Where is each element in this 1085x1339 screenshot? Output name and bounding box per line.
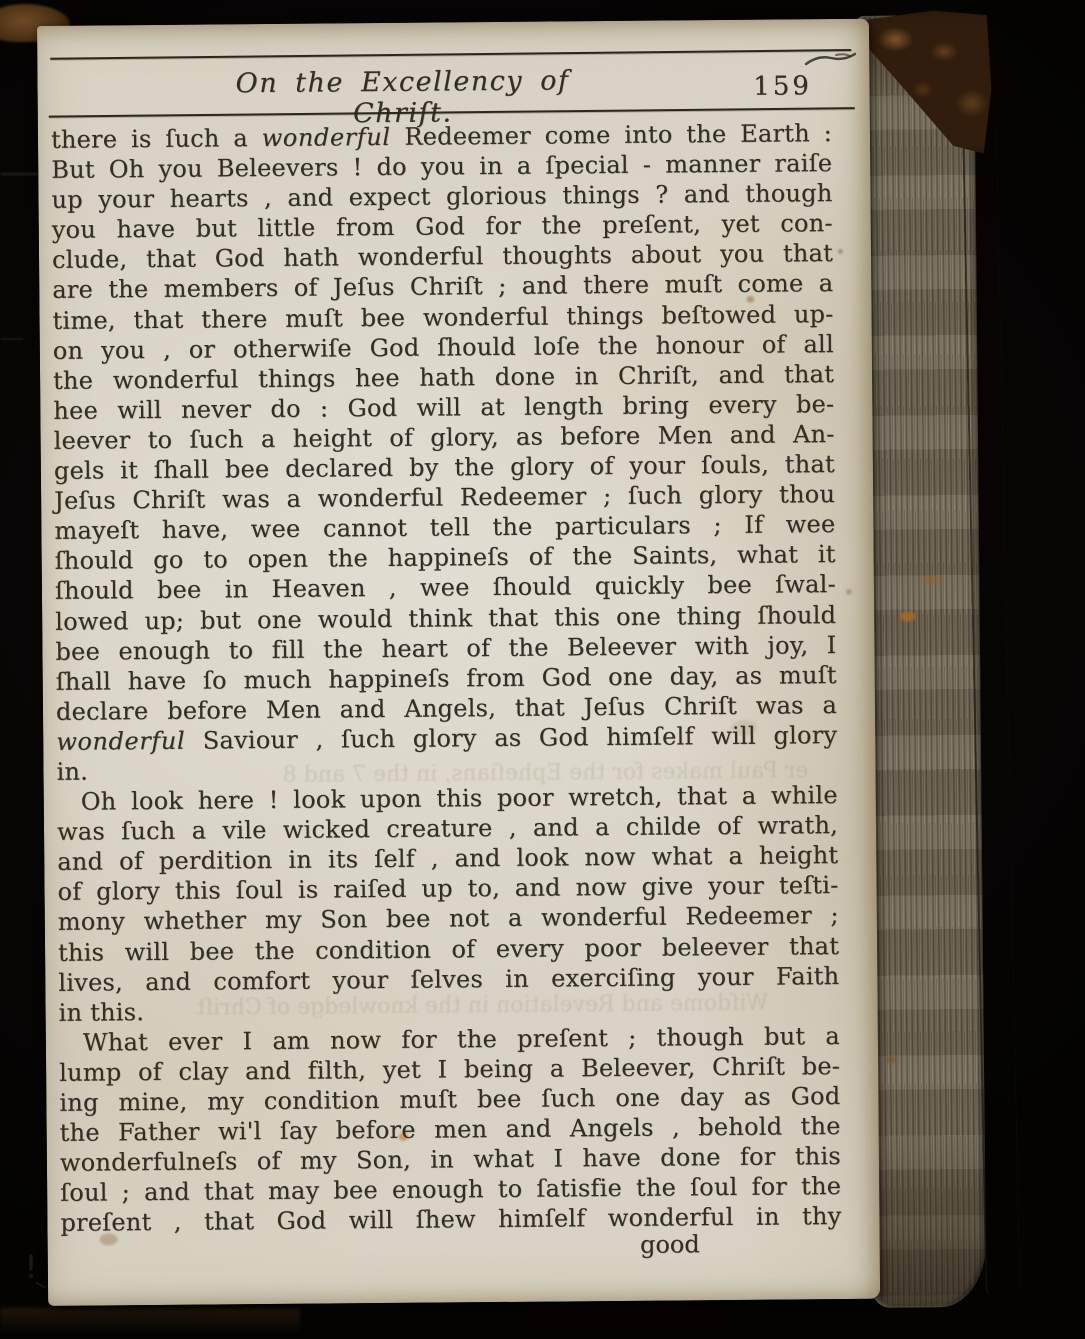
stain — [846, 589, 852, 595]
book-photo: On the Excellency of Chriſt. 159 there i… — [0, 0, 1085, 1339]
page-number: 159 — [737, 71, 827, 102]
catchword: good — [640, 1230, 700, 1259]
fore-edge-rust-spot — [921, 575, 943, 583]
fore-edge-rust-spot — [886, 1056, 896, 1064]
paragraph: What ever I am now for the preſent ; tho… — [59, 1021, 842, 1238]
fore-edge-rust-spot — [900, 611, 916, 621]
binding-shadow-bottom-left — [0, 1308, 300, 1334]
paragraph: there is ſuch a wonderful Redeemer come … — [51, 118, 838, 787]
paragraph: Oh look here ! look upon this poor wretc… — [57, 780, 840, 1028]
header-rule-top — [50, 49, 851, 60]
catchword-row: good — [61, 1229, 842, 1264]
book-page: On the Excellency of Chriſt. 159 there i… — [37, 19, 880, 1306]
stain — [838, 249, 843, 254]
page-body: there is ſuch a wonderful Redeemer come … — [51, 118, 842, 1238]
